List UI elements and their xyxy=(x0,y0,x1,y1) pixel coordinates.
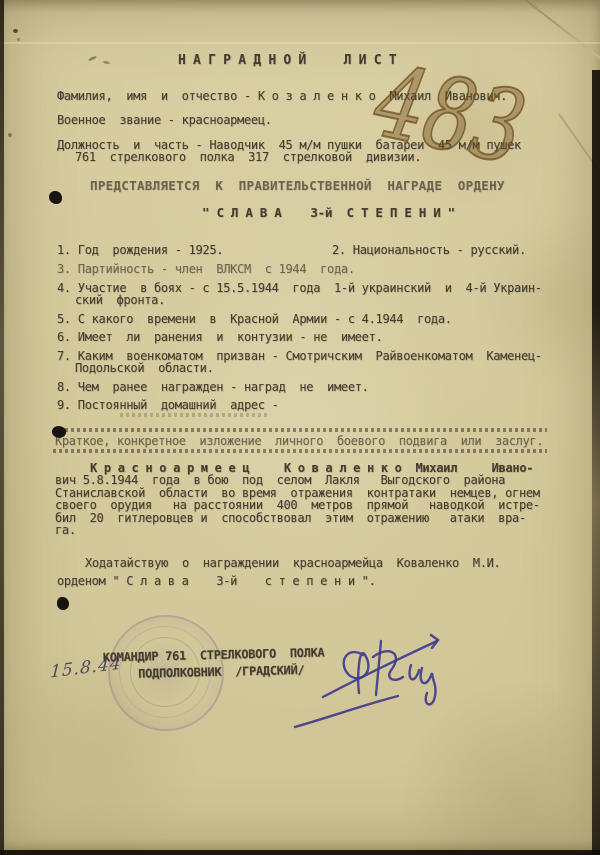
item-prior-awards: 8. Чем ранее награжден - наград не имеет… xyxy=(57,380,369,394)
separator-rule-bottom xyxy=(53,449,547,453)
handwritten-number: 483 xyxy=(366,48,533,182)
horizontal-crease xyxy=(0,42,600,44)
scan-edge-left xyxy=(0,0,4,855)
field-rank-line: Военное звание - красноармеец. xyxy=(57,113,272,127)
feat-body-line4: своего орудия на расстоянии 400 метров п… xyxy=(55,498,540,512)
scan-edge-right xyxy=(592,70,600,855)
item-drafted-line2: Подольской области. xyxy=(75,361,214,375)
item-home-address: 9. Постоянный домашний адрес - xyxy=(57,398,279,412)
corner-crease xyxy=(486,0,600,69)
item-combat-line2: ский фронта. xyxy=(75,293,165,307)
item-birth-year: 1. Год рождения - 1925. xyxy=(57,243,223,257)
scan-edge-bottom xyxy=(0,850,600,855)
ink-blob-1 xyxy=(49,191,62,204)
paper-speck-2 xyxy=(17,38,20,41)
feat-body-line6: га. xyxy=(55,523,76,537)
separator-rule-top xyxy=(53,428,547,432)
item-nationality: 2. Национальность - русский. xyxy=(332,243,526,257)
item-wounds: 6. Имеет ли ранения и контузии - не имее… xyxy=(57,330,382,344)
paper-speck-1 xyxy=(13,29,18,33)
commander-signature xyxy=(285,585,595,745)
petition-line1: Ходатайствую о награждении красноармейца… xyxy=(85,556,500,570)
document-title: Н А Г Р А Д Н О Й Л И С Т xyxy=(178,53,396,68)
item-service-since: 5. С какого времени в Красной Армии - с … xyxy=(57,312,452,326)
award-sheet-document: Н А Г Р А Д Н О Й Л И С Т Фамилия, имя и… xyxy=(0,0,600,855)
award-name-line: " С Л А В А 3-й С Т Е П Е Н И " xyxy=(202,205,455,220)
feat-caption: Краткое, конкретное изложение личного бо… xyxy=(55,434,543,448)
item-party: 3. Партийность - член ВЛКСМ с 1944 года. xyxy=(57,262,355,276)
address-blank-rule xyxy=(120,413,270,417)
pen-mark-2 xyxy=(103,60,110,64)
presentation-line: ПРЕДСТАВЛЯЕТСЯ К ПРАВИТЕЛЬСТВЕННОЙ НАГРА… xyxy=(90,178,505,193)
ink-blob-3 xyxy=(57,597,69,610)
paper-speck-3 xyxy=(8,133,12,137)
pen-mark-1 xyxy=(88,55,97,62)
feat-body-line2: вич 5.8.1944 года в бою под селом Лакля … xyxy=(55,473,505,487)
feat-body-line5: бил 20 гитлеровцев и способствовал этим … xyxy=(55,511,526,525)
